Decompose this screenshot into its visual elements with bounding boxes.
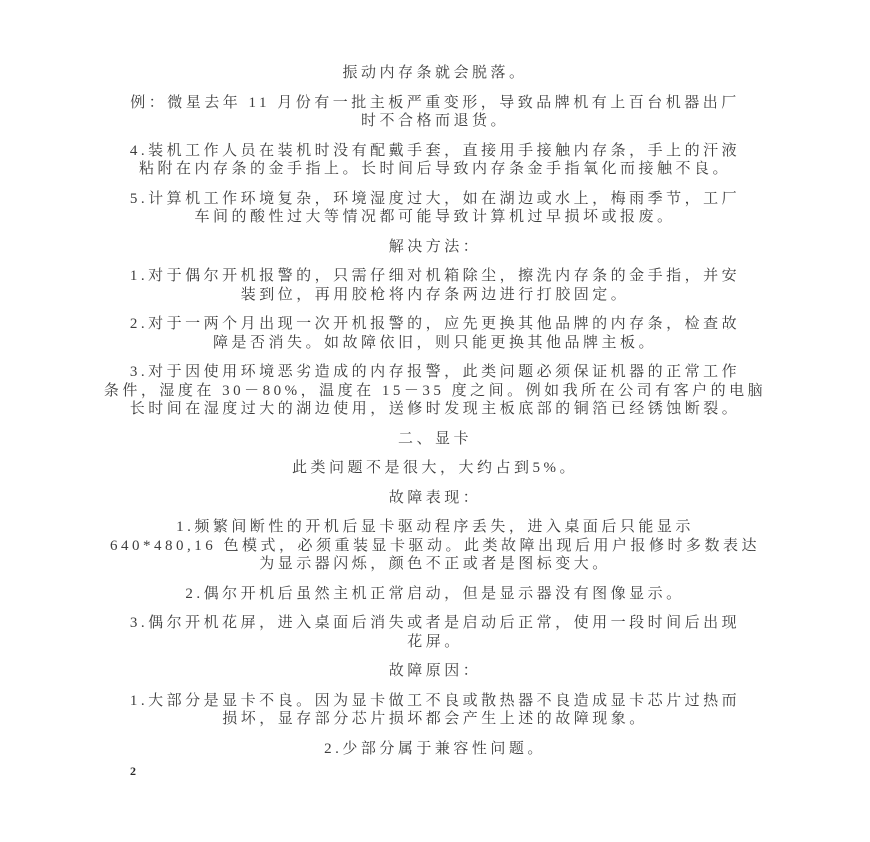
section-heading-solutions: 解决方法： — [85, 238, 785, 257]
cause-item-1: 1.大部分是显卡不良。因为显卡做工不良或散热器不良造成显卡芯片过热而 损坏，显存… — [85, 692, 785, 729]
body-text: 振动内存条就会脱落。 — [85, 64, 785, 83]
solution-item-3: 3.对于因使用环境恶劣造成的内存报警，此类问题必须保证机器的正常工作 条件，湿度… — [85, 363, 785, 419]
solution-item-1: 1.对于偶尔开机报警的，只需仔细对机箱除尘，擦洗内存条的金手指，并安 装到位，再… — [85, 267, 785, 304]
symptom-item-3: 3.偶尔开机花屏，进入桌面后消失或者是启动后正常，使用一段时间后出现 花屏。 — [85, 614, 785, 651]
document-page: 振动内存条就会脱落。 例：微星去年 11 月份有一批主板严重变形，导致品牌机有上… — [0, 0, 870, 842]
document-body: 振动内存条就会脱落。 例：微星去年 11 月份有一批主板严重变形，导致品牌机有上… — [85, 0, 785, 758]
symptom-item-1: 1.频繁间断性的开机后显卡驱动程序丢失，进入桌面后只能显示 640*480,16… — [85, 518, 785, 574]
cause-item-2: 2.少部分属于兼容性问题。 — [85, 740, 785, 759]
section-heading-causes: 故障原因： — [85, 662, 785, 681]
solution-item-2: 2.对于一两个月出现一次开机报警的，应先更换其他品牌的内存条，检查故 障是否消失… — [85, 315, 785, 352]
section-heading-graphics-card: 二、显卡 — [85, 430, 785, 449]
symptom-item-2: 2.偶尔开机后虽然主机正常启动，但是显示器没有图像显示。 — [85, 585, 785, 604]
body-text-percentage: 此类问题不是很大，大约占到5%。 — [85, 459, 785, 478]
numbered-item-5: 5.计算机工作环境复杂，环境湿度过大，如在湖边或水上，梅雨季节，工厂 车间的酸性… — [85, 190, 785, 227]
page-number: 2 — [130, 764, 136, 779]
numbered-item-4: 4.装机工作人员在装机时没有配戴手套，直接用手接触内存条，手上的汗液 粘附在内存… — [85, 142, 785, 179]
section-heading-symptoms: 故障表现： — [85, 489, 785, 508]
example-text: 例：微星去年 11 月份有一批主板严重变形，导致品牌机有上百台机器出厂 时不合格… — [85, 94, 785, 131]
